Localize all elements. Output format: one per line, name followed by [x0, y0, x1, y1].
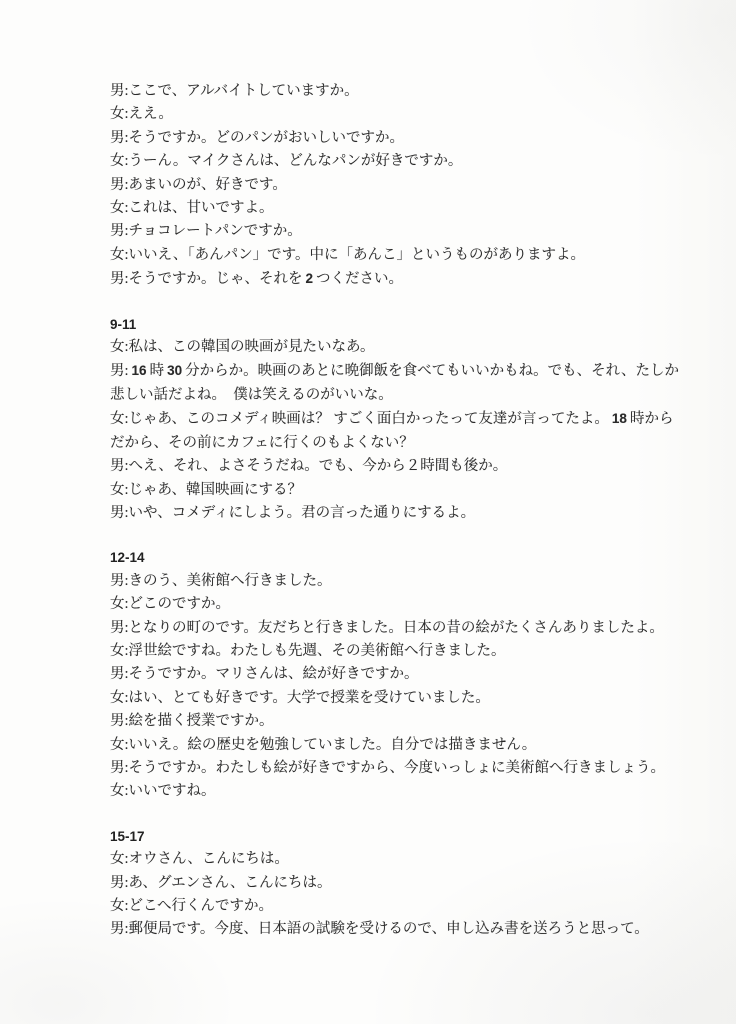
speaker-label: 女	[110, 200, 125, 216]
dialogue-line: 男:そうですか。わたしも絵が好きですから、今度いっしょに美術館へ行きましょう。	[110, 757, 686, 780]
line-text: 16時30分からか。映画のあとに晩御飯を食べてもいいかもね。でも、それ、たしか	[129, 363, 679, 379]
section-heading: 12-14	[110, 546, 686, 569]
dialogue-line: 女:オウさん、こんにちは。	[110, 848, 686, 871]
line-text: そうですか。どのパンがおいしいですか。	[129, 130, 405, 146]
line-text: 浮世絵ですね。わたしも先週、その美術館へ行きました。	[129, 643, 506, 659]
speaker-colon: :	[125, 363, 129, 379]
line-text: 郵便局です。今度、日本語の試験を受けるので、申し込み書を送ろうと思って。	[129, 921, 649, 937]
dialogue-section: 15-17女:オウさん、こんにちは。男:あ、グエンさん、こんにちは。女:どこへ行…	[110, 825, 686, 942]
line-text: いいえ。絵の歴史を勉強していました。自分では描きません。	[129, 737, 537, 753]
line-text: ええ。	[129, 106, 173, 122]
speaker-label: 女	[110, 596, 125, 612]
speaker-label: 男	[110, 83, 125, 99]
dialogue-line: 男:へえ、それ、よさそうだね。でも、今から２時間も後か。	[110, 455, 686, 478]
dialogue-section: 12-14男:きのう、美術館へ行きました。女:どこのですか。男:となりの町のです…	[110, 546, 686, 803]
line-text: はい、とても好きです。大学で授業を受けていました。	[129, 690, 490, 706]
line-text: いや、コメディにしよう。君の言った通りにするよ。	[129, 505, 476, 521]
speaker-colon: :	[125, 411, 129, 427]
dialogue-line: 女:浮世絵ですね。わたしも先週、その美術館へ行きました。	[110, 640, 686, 663]
speaker-label: 男	[110, 363, 125, 379]
line-text: そうですか。わたしも絵が好きですから、今度いっしょに美術館へ行きましょう。	[129, 760, 666, 776]
dialogue-line: 女:いいですね。	[110, 780, 686, 803]
speaker-label: 男	[110, 666, 125, 682]
document-page: 男:ここで、アルバイトしていますか。女:ええ。男:そうですか。どのパンがおいしい…	[0, 0, 736, 1024]
dialogue-line: 男:あまいのが、好きです。	[110, 174, 686, 197]
speaker-label: 男	[110, 760, 125, 776]
speaker-label: 女	[110, 783, 125, 799]
line-text: 絵を描く授業ですか。	[129, 713, 274, 729]
number-text: 12-14	[110, 550, 145, 565]
speaker-label: 女	[110, 898, 125, 914]
line-text: 悲しい話だよね。 僕は笑えるのがいいな。	[110, 387, 393, 403]
line-text: どこのですか。	[129, 596, 231, 612]
line-text: そうですか。マリさんは、絵が好きですか。	[129, 666, 419, 682]
dialogue-line: 男:16時30分からか。映画のあとに晩御飯を食べてもいいかもね。でも、それ、たし…	[110, 359, 686, 383]
dialogue-line: 男:郵便局です。今度、日本語の試験を受けるので、申し込み書を送ろうと思って。	[110, 918, 686, 941]
number-text: 15-17	[110, 829, 145, 844]
section-heading: 9-11	[110, 313, 686, 336]
speaker-label: 男	[110, 223, 125, 239]
line-text: これは、甘いですよ。	[129, 200, 274, 216]
dialogue-line: 女:どこへ行くんですか。	[110, 895, 686, 918]
transcript-content: 男:ここで、アルバイトしていますか。女:ええ。男:そうですか。どのパンがおいしい…	[0, 0, 736, 942]
speaker-label: 男	[110, 271, 125, 287]
speaker-label: 男	[110, 713, 125, 729]
dialogue-section: 9-11女:私は、この韓国の映画が見たいなあ。男:16時30分からか。映画のあと…	[110, 313, 686, 526]
line-text: ここで、アルバイトしていますか。	[129, 83, 359, 99]
speaker-label: 女	[110, 411, 125, 427]
line-text: いいですね。	[129, 783, 216, 799]
dialogue-line: 女:うーん。マイクさんは、どんなパンが好きですか。	[110, 150, 686, 173]
speaker-label: 男	[110, 921, 125, 937]
speaker-label: 女	[110, 247, 125, 263]
dialogue-line: 男:チョコレートパンですか。	[110, 220, 686, 243]
speaker-label: 女	[110, 851, 125, 867]
dialogue-line: 女:いいえ、「あんパン」です。中に「あんこ」というものがありますよ。	[110, 244, 686, 267]
speaker-label: 男	[110, 573, 125, 589]
speaker-label: 女	[110, 482, 125, 498]
line-text: チョコレートパンですか。	[129, 223, 302, 239]
number-text: 30	[167, 363, 182, 378]
line-text: へえ、それ、よさそうだね。でも、今から２時間も後か。	[129, 458, 508, 474]
speaker-label: 女	[110, 153, 125, 169]
line-text: となりの町のです。友だちと行きました。日本の昔の絵がたくさんありましたよ。	[129, 620, 664, 636]
line-text: あ、グエンさん、こんにちは。	[129, 875, 332, 891]
speaker-label: 女	[110, 690, 125, 706]
dialogue-line: 女:私は、この韓国の映画が見たいなあ。	[110, 336, 686, 359]
dialogue-line: 女:はい、とても好きです。大学で授業を受けていました。	[110, 687, 686, 710]
line-text: だから、その前にカフェに行くのもよくない？	[110, 435, 414, 451]
number-text: 2	[306, 271, 314, 286]
dialogue-line: 男:そうですか。どのパンがおいしいですか。	[110, 127, 686, 150]
speaker-label: 男	[110, 620, 125, 636]
dialogue-line: 男:そうですか。じゃ、それを2つください。	[110, 267, 686, 291]
line-text: 私は、この韓国の映画が見たいなあ。	[129, 339, 375, 355]
speaker-label: 男	[110, 130, 125, 146]
dialogue-line: 男:となりの町のです。友だちと行きました。日本の昔の絵がたくさんありましたよ。	[110, 617, 686, 640]
line-text: きのう、美術館へ行きました。	[129, 573, 332, 589]
dialogue-line: 女:いいえ。絵の歴史を勉強していました。自分では描きません。	[110, 734, 686, 757]
speaker-label: 男	[110, 505, 125, 521]
dialogue-line: 男:あ、グエンさん、こんにちは。	[110, 872, 686, 895]
dialogue-line: 女:ええ。	[110, 103, 686, 126]
dialogue-line: 男:ここで、アルバイトしていますか。	[110, 80, 686, 103]
speaker-label: 男	[110, 458, 125, 474]
dialogue-line: 女:これは、甘いですよ。	[110, 197, 686, 220]
dialogue-line: 女:じゃあ、韓国映画にする？	[110, 479, 686, 502]
dialogue-line: 男:いや、コメディにしよう。君の言った通りにするよ。	[110, 502, 686, 525]
section-heading: 15-17	[110, 825, 686, 848]
speaker-label: 女	[110, 643, 125, 659]
speaker-colon: :	[125, 271, 129, 287]
line-text: どこへ行くんですか。	[129, 898, 273, 914]
number-text: 9-11	[110, 317, 136, 332]
speaker-label: 女	[110, 737, 125, 753]
line-text: じゃあ、このコメディ映画は？ すごく面白かったって友達が言ってたよ。18時から	[129, 411, 674, 427]
dialogue-section: 男:ここで、アルバイトしていますか。女:ええ。男:そうですか。どのパンがおいしい…	[110, 80, 686, 292]
line-text: あまいのが、好きです。	[129, 177, 287, 193]
line-text: うーん。マイクさんは、どんなパンが好きですか。	[129, 153, 463, 169]
dialogue-line: 悲しい話だよね。 僕は笑えるのがいいな。	[110, 384, 686, 407]
dialogue-line: 女:じゃあ、このコメディ映画は？ すごく面白かったって友達が言ってたよ。18時か…	[110, 407, 686, 431]
dialogue-line: だから、その前にカフェに行くのもよくない？	[110, 432, 686, 455]
dialogue-line: 男:そうですか。マリさんは、絵が好きですか。	[110, 663, 686, 686]
line-text: じゃあ、韓国映画にする？	[129, 482, 302, 498]
speaker-label: 女	[110, 339, 125, 355]
dialogue-line: 男:絵を描く授業ですか。	[110, 710, 686, 733]
dialogue-line: 女:どこのですか。	[110, 593, 686, 616]
number-text: 16	[132, 363, 147, 378]
number-text: 18	[612, 411, 627, 426]
dialogue-line: 男:きのう、美術館へ行きました。	[110, 570, 686, 593]
line-text: いいえ、「あんパン」です。中に「あんこ」というものがありますよ。	[129, 247, 585, 263]
speaker-label: 男	[110, 875, 125, 891]
speaker-label: 男	[110, 177, 125, 193]
line-text: そうですか。じゃ、それを2つください。	[129, 271, 404, 287]
line-text: オウさん、こんにちは。	[129, 851, 289, 867]
speaker-label: 女	[110, 106, 125, 122]
